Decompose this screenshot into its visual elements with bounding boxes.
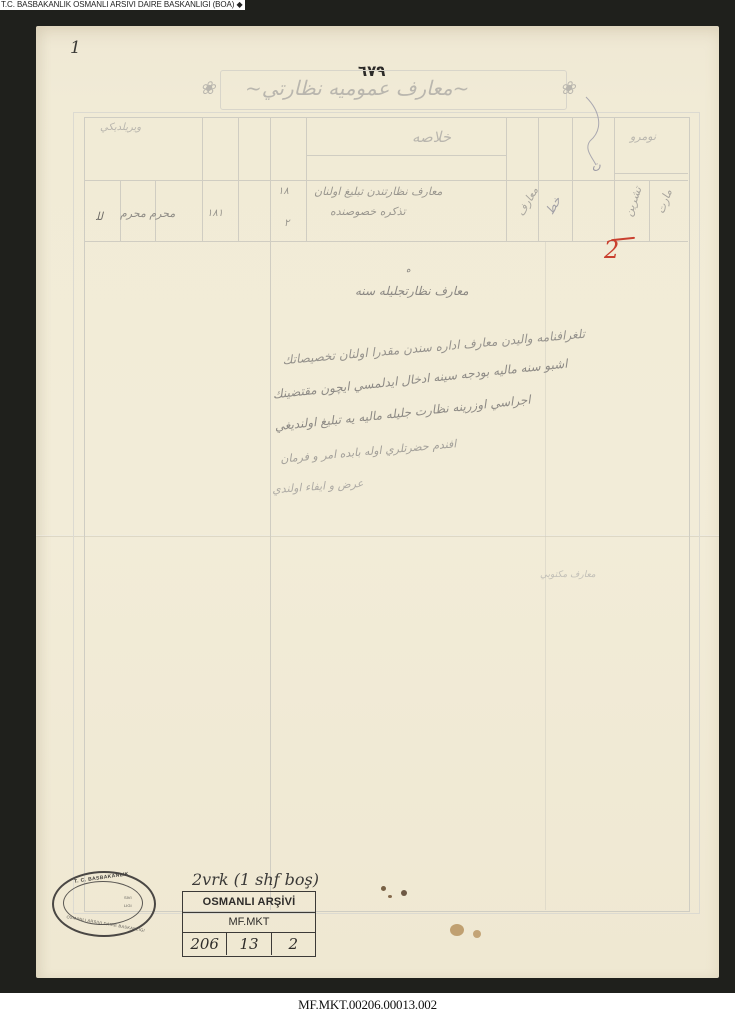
subject-column-heading: ﺧﻼﺻﻪ bbox=[412, 128, 451, 146]
table-bottom-divider bbox=[85, 241, 688, 242]
archive-stamp: T. C. BASBAKANLIK SIVI LIGI OSMANLI ARSI… bbox=[52, 871, 156, 937]
printed-header-script: ~ﻣﻌﺎﺭﻑ ﻋﻤﻮﻣﻴﻪ ﻧﻈﺎﺭﺗﻲ~ bbox=[245, 76, 469, 100]
col-line bbox=[238, 117, 239, 241]
right-header-divider bbox=[614, 173, 688, 174]
handwritten-page-note: 2vrk (1 shf boş) bbox=[192, 870, 319, 889]
archive-title: OSMANLI ARŞİVİ bbox=[183, 892, 315, 913]
ornament-left: ❀ bbox=[200, 78, 215, 99]
col-line bbox=[538, 117, 539, 241]
left-column-heading: ﻭﻳﺮﻳﻠﺪﻳﻜﻲ bbox=[100, 122, 141, 133]
red-page-mark: 2 bbox=[604, 236, 619, 264]
table-cell-value: ٢ bbox=[284, 218, 289, 229]
subject-line-2: ﺗﺬﻛﺮﻩ ﺧﺼﻮﺻﻨﺪﻩ bbox=[330, 205, 406, 218]
ornament-right: ❀ bbox=[560, 78, 575, 99]
corner-page-number: 1 bbox=[70, 38, 81, 58]
table-cell-value: ١٨١ bbox=[207, 208, 223, 219]
col-line-long bbox=[270, 117, 271, 910]
subject-header-divider bbox=[306, 155, 506, 156]
faint-note: ﻣﻌﺎﺭﻑ ﻣﻜﺘﻮﺑﻲ bbox=[540, 570, 596, 580]
col-line bbox=[649, 180, 650, 241]
date-cell: ﻣﺤﺮﻡ ﻣﺤﺮﻡ bbox=[120, 207, 175, 220]
reference-code-caption: MF.MKT.00206.00013.002 bbox=[0, 997, 735, 1013]
archive-label-box: OSMANLI ARŞİVİ MF.MKT 206 13 2 bbox=[182, 891, 316, 957]
archive-reference-cells: 206 13 2 bbox=[183, 933, 315, 955]
col-line bbox=[506, 117, 507, 241]
archive-collection: MF.MKT bbox=[183, 913, 315, 933]
stain-spot bbox=[381, 886, 386, 891]
col-line bbox=[306, 117, 307, 241]
form-frame-outer bbox=[73, 112, 700, 914]
salutation-line: ﻣﻌﺎﺭﻑ ﻧﻈﺎﺭﺗﺠﻠﻴﻠﻪ ﺳﻨﻪ bbox=[355, 284, 469, 298]
year-cell: ﻟﻠ bbox=[96, 210, 103, 223]
body-dot: ﻩ bbox=[406, 265, 411, 275]
stain-spot bbox=[450, 924, 464, 936]
subject-line-1: ﻣﻌﺎﺭﻑ ﻧﻈﺎﺭﺗﻨﺪﻥ ﺗﺒﻠﻴﻎ ﺍﻭﻟﻨﺎﻥ bbox=[314, 185, 442, 198]
stain-spot bbox=[388, 895, 392, 898]
table-cell-value: ١٨ bbox=[278, 186, 289, 197]
stain-spot bbox=[473, 930, 481, 938]
institution-label: T.C. BASBAKANLIK OSMANLI ARSIVI DAIRE BA… bbox=[0, 0, 245, 10]
number-column-heading: ﻧﻮﻣﺮﻭ bbox=[630, 130, 656, 143]
archive-cell-box: 206 bbox=[183, 933, 227, 955]
archive-cell-file: 13 bbox=[227, 933, 271, 955]
col-line bbox=[202, 117, 203, 241]
archive-cell-page: 2 bbox=[272, 933, 315, 955]
stamp-middle-text: SIVI bbox=[124, 895, 132, 900]
pencil-mark: ن bbox=[592, 158, 601, 172]
stamp-middle-text: LIGI bbox=[124, 903, 132, 908]
col-line bbox=[572, 117, 573, 241]
stain-spot bbox=[401, 890, 407, 896]
